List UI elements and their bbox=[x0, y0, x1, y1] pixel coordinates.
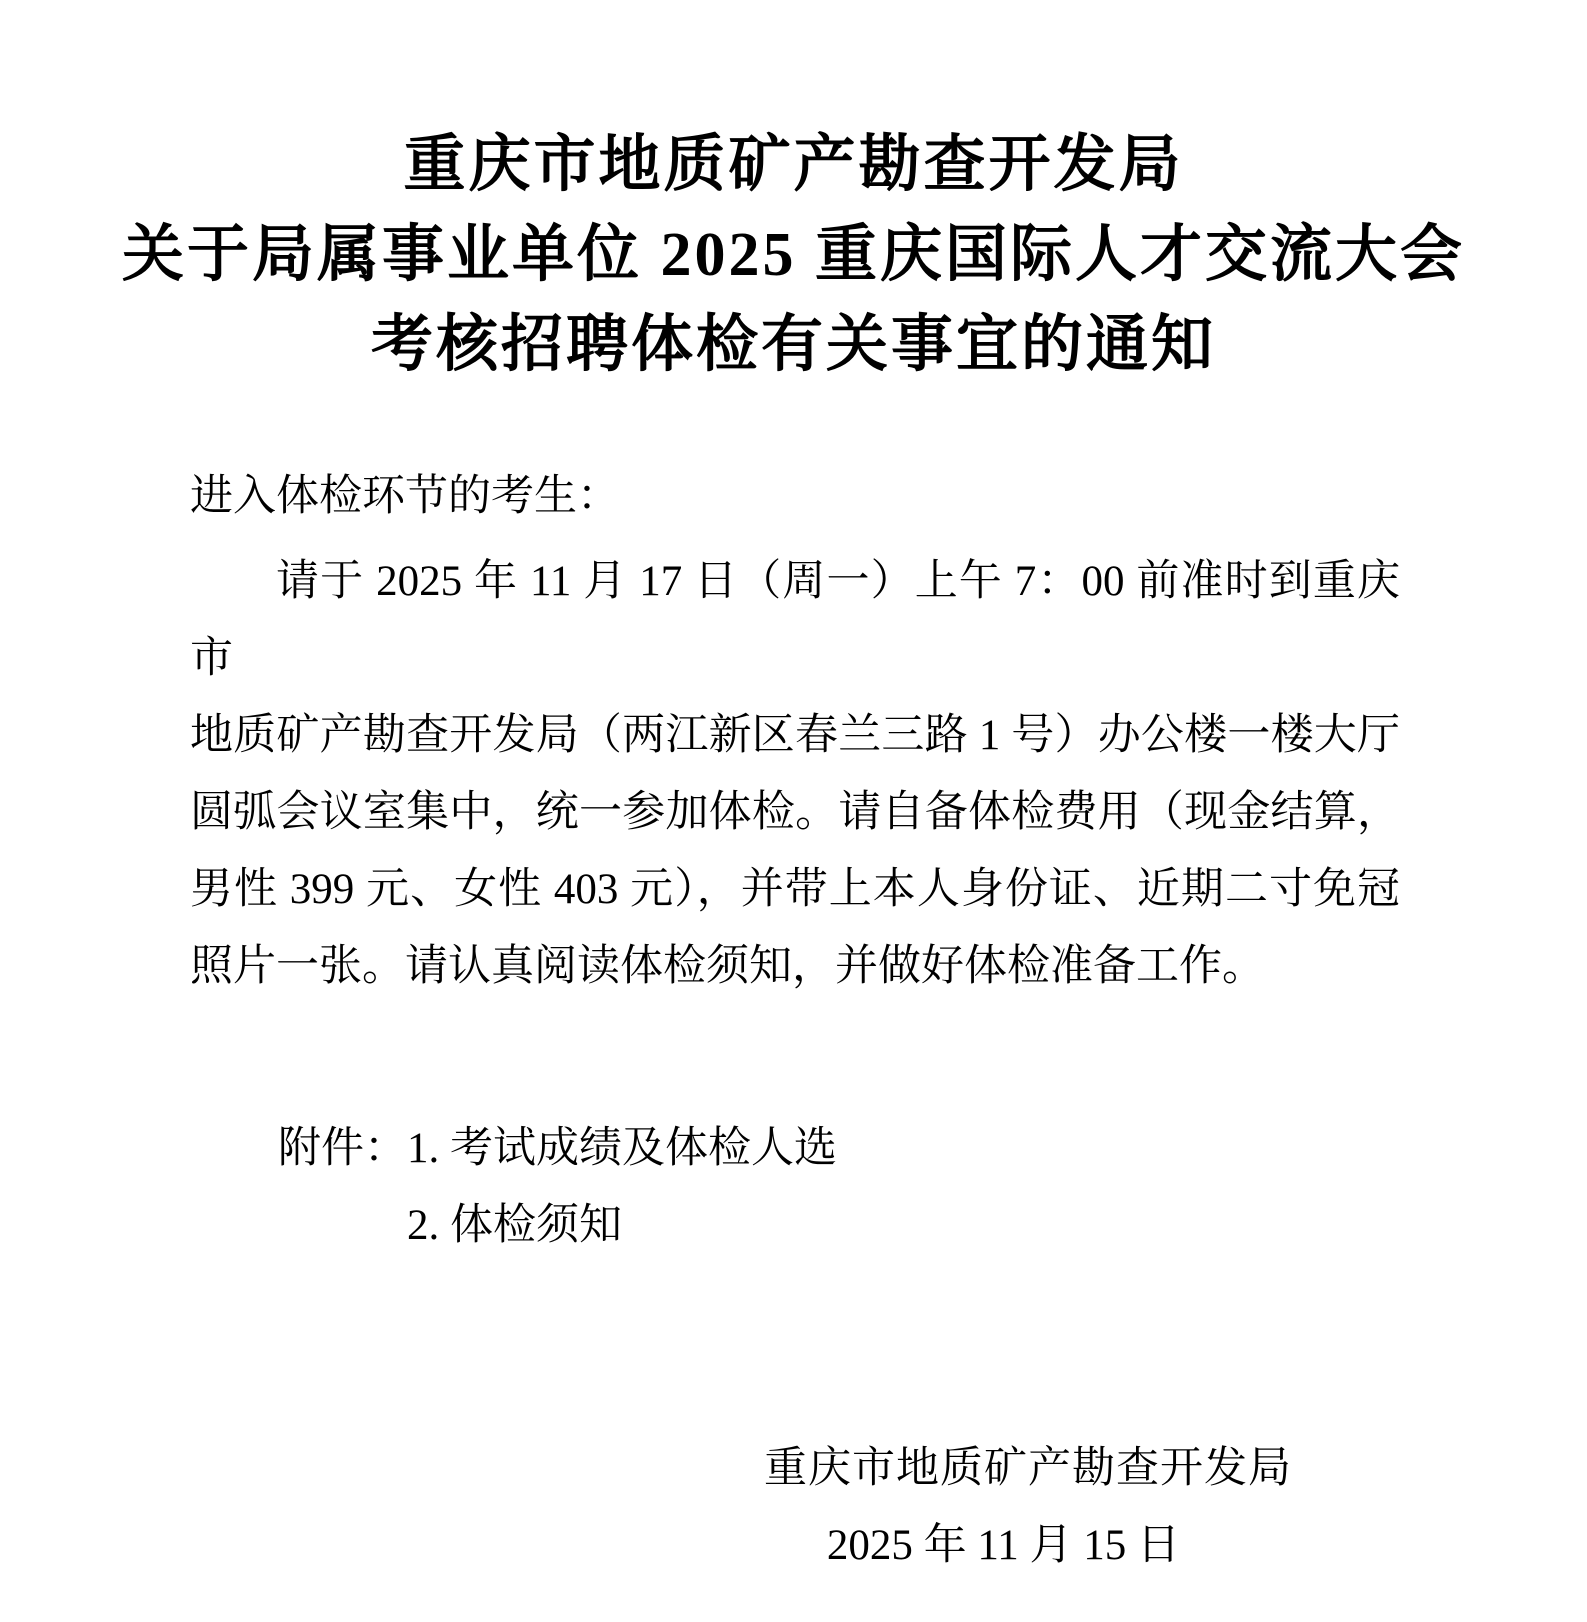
attachment-row-1: 附件：1. 考试成绩及体检人选 bbox=[278, 1110, 1400, 1187]
paragraph-line: 男性 399 元、女性 403 元），并带上本人身份证、近期二寸免冠 bbox=[190, 851, 1400, 928]
signature-date: 2025 年 11 月 15 日 bbox=[0, 1507, 1587, 1584]
attachment-row-2: 2. 体检须知 bbox=[407, 1187, 1400, 1264]
document-body: 进入体检环节的考生： 请于 2025 年 11 月 17 日（周一）上午 7：0… bbox=[190, 458, 1400, 1264]
paragraph-line: 圆弧会议室集中，统一参加体检。请自备体检费用（现金结算， bbox=[190, 774, 1400, 851]
paragraph-line: 请于 2025 年 11 月 17 日（周一）上午 7：00 前准时到重庆市 bbox=[190, 543, 1400, 697]
attachment-item-1: 1. 考试成绩及体检人选 bbox=[407, 1125, 837, 1172]
salutation-line: 进入体检环节的考生： bbox=[190, 458, 1400, 535]
signature-organization: 重庆市地质矿产勘查开发局 bbox=[0, 1430, 1587, 1507]
attachments-label: 附件： bbox=[278, 1125, 407, 1172]
title-line-1: 重庆市地质矿产勘查开发局 bbox=[0, 120, 1587, 210]
signature-block: 重庆市地质矿产勘查开发局 2025 年 11 月 15 日 bbox=[0, 1430, 1587, 1584]
paragraph-line: 地质矿产勘查开发局（两江新区春兰三路 1 号）办公楼一楼大厅 bbox=[190, 697, 1400, 774]
paragraph-line: 照片一张。请认真阅读体检须知，并做好体检准备工作。 bbox=[190, 928, 1400, 1005]
title-line-3: 考核招聘体检有关事宜的通知 bbox=[0, 300, 1587, 390]
document-title: 重庆市地质矿产勘查开发局 关于局属事业单位 2025 重庆国际人才交流大会 考核… bbox=[0, 0, 1587, 390]
attachment-item-2: 2. 体检须知 bbox=[407, 1202, 622, 1249]
title-line-2: 关于局属事业单位 2025 重庆国际人才交流大会 bbox=[0, 210, 1587, 300]
attachments-section: 附件：1. 考试成绩及体检人选 2. 体检须知 bbox=[190, 1110, 1400, 1264]
main-paragraph: 请于 2025 年 11 月 17 日（周一）上午 7：00 前准时到重庆市 地… bbox=[190, 543, 1400, 1005]
document-page: 重庆市地质矿产勘查开发局 关于局属事业单位 2025 重庆国际人才交流大会 考核… bbox=[0, 0, 1587, 1622]
